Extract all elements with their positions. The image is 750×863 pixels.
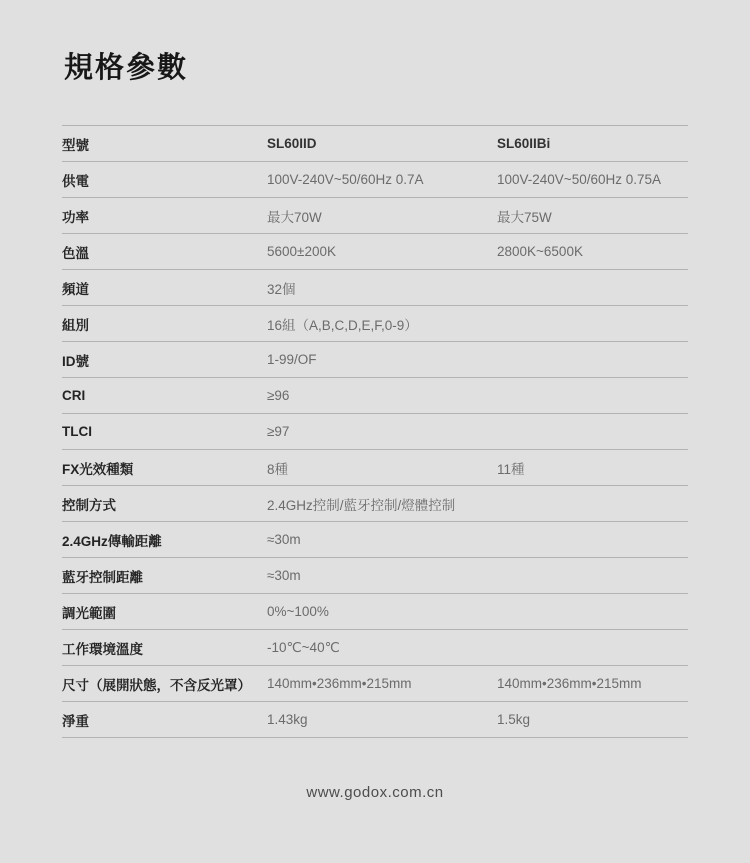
table-row-dimming-range: 調光範圍 0%~100%	[62, 594, 688, 630]
table-row-cri: CRI ≥96	[62, 378, 688, 414]
spec-value: 32個	[267, 278, 497, 298]
table-row-tlci: TLCI ≥97	[62, 414, 688, 450]
table-row-power-supply: 供電 100V-240V~50/60Hz 0.7A 100V-240V~50/6…	[62, 162, 688, 198]
spec-value: 100V-240V~50/60Hz 0.7A	[267, 172, 497, 187]
spec-value: 5600±200K	[267, 244, 497, 259]
spec-value: 最大75W	[497, 206, 688, 226]
table-row-fx-effects: FX光效種類 8種 11種	[62, 450, 688, 486]
spec-label: 2.4GHz傳輸距離	[62, 530, 267, 550]
spec-label: CRI	[62, 388, 267, 403]
spec-label: 頻道	[62, 278, 267, 298]
spec-value: ≈30m	[267, 568, 497, 583]
spec-value: 11種	[497, 458, 688, 478]
table-row-dimensions: 尺寸（展開狀態，不含反光罩） 140mm•236mm•215mm 140mm•2…	[62, 666, 688, 702]
spec-value: 140mm•236mm•215mm	[497, 676, 688, 691]
spec-label: 尺寸（展開狀態，不含反光罩）	[62, 674, 267, 694]
table-row-groups: 組別 16組（A,B,C,D,E,F,0-9）	[62, 306, 688, 342]
spec-table: 型號 SL60IID SL60IIBi 供電 100V-240V~50/60Hz…	[62, 125, 688, 738]
spec-label: 工作環境溫度	[62, 638, 267, 658]
spec-label: 淨重	[62, 710, 267, 730]
spec-label: 供電	[62, 170, 267, 190]
spec-value: 2.4GHz控制/藍牙控制/燈體控制	[267, 494, 497, 514]
spec-value: 16組（A,B,C,D,E,F,0-9）	[267, 314, 497, 334]
spec-label: 控制方式	[62, 494, 267, 514]
spec-value: 1-99/OF	[267, 352, 497, 367]
spec-value: 140mm•236mm•215mm	[267, 676, 497, 691]
page-title: 規格參數	[64, 45, 188, 86]
spec-label: TLCI	[62, 424, 267, 439]
website-url: www.godox.com.cn	[62, 784, 688, 801]
spec-value: 1.5kg	[497, 712, 688, 727]
spec-label: 功率	[62, 206, 267, 226]
table-row-24ghz-range: 2.4GHz傳輸距離 ≈30m	[62, 522, 688, 558]
spec-value: 最大70W	[267, 206, 497, 226]
spec-value: 8種	[267, 458, 497, 478]
spec-value: 0%~100%	[267, 604, 497, 619]
table-row-model: 型號 SL60IID SL60IIBi	[62, 126, 688, 162]
spec-value: -10℃~40℃	[267, 640, 497, 656]
spec-label: 藍牙控制距離	[62, 566, 267, 586]
spec-value-sl60iid: SL60IID	[267, 136, 497, 151]
table-row-operating-temperature: 工作環境溫度 -10℃~40℃	[62, 630, 688, 666]
spec-label: ID號	[62, 350, 267, 370]
table-row-control-method: 控制方式 2.4GHz控制/藍牙控制/燈體控制	[62, 486, 688, 522]
table-row-wattage: 功率 最大70W 最大75W	[62, 198, 688, 234]
table-row-bluetooth-range: 藍牙控制距離 ≈30m	[62, 558, 688, 594]
spec-value-sl60iibi: SL60IIBi	[497, 136, 688, 151]
table-row-id-number: ID號 1-99/OF	[62, 342, 688, 378]
spec-value: 2800K~6500K	[497, 244, 688, 259]
spec-value: ≥96	[267, 388, 497, 403]
spec-label: 型號	[62, 134, 267, 154]
table-row-net-weight: 淨重 1.43kg 1.5kg	[62, 702, 688, 738]
spec-label: 組別	[62, 314, 267, 334]
spec-value: 1.43kg	[267, 712, 497, 727]
spec-value: 100V-240V~50/60Hz 0.75A	[497, 172, 688, 187]
table-row-channels: 頻道 32個	[62, 270, 688, 306]
table-row-color-temperature: 色溫 5600±200K 2800K~6500K	[62, 234, 688, 270]
spec-value: ≥97	[267, 424, 497, 439]
spec-label: FX光效種類	[62, 458, 267, 478]
spec-label: 色溫	[62, 242, 267, 262]
spec-value: ≈30m	[267, 532, 497, 547]
spec-label: 調光範圍	[62, 602, 267, 622]
